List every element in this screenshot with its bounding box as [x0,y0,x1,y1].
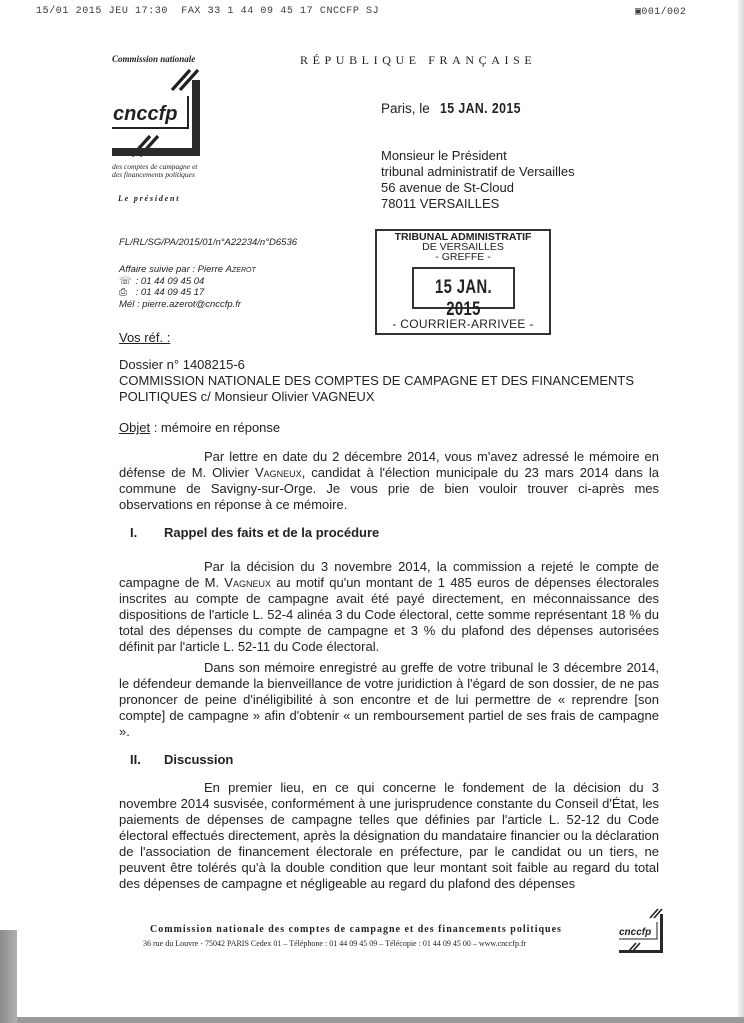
section-heading-1: I.Rappel des faits et de la procédure [130,525,379,540]
republique-francaise-heading: RÉPUBLIQUE FRANÇAISE [300,53,536,68]
fax-machine-icon: ⎙ [119,287,133,299]
cnccfp-logo: cnccfp [110,68,210,158]
contact-block: Affaire suivie par : Pierre Azerot ☏ : 0… [119,264,256,310]
footer-address: 36 rue du Louvre - 75042 PARIS Cedex 01 … [143,939,526,948]
logo-subtitle: des comptes de campagne et des financeme… [112,163,197,179]
signatory-title: Le président [118,194,180,203]
svg-text:cnccfp: cnccfp [113,103,177,125]
place-date: Paris, le 15 JAN. 2015 [381,100,538,117]
scan-edge-right [738,0,744,1023]
reference-code: FL/RL/SG/PA/2015/01/n°A22234/n°D6536 [119,237,297,248]
date-stamp: 15 JAN. 2015 [440,100,521,117]
telephone-icon: ☏ [119,276,133,288]
contact-email[interactable]: Mél : pierre.azerot@cnccfp.fr [119,299,256,311]
vos-ref-label: Vos réf. : [119,330,170,345]
fax-header-line: 15/01 2015 JEU 17:30 FAX 33 1 44 09 45 1… [36,6,379,17]
section-heading-2: II.Discussion [130,752,233,767]
footer-title: Commission nationale des comptes de camp… [150,924,562,935]
objet-line: Objet : mémoire en réponse [119,420,280,435]
dossier-block: Dossier n° 1408215-6 COMMISSION NATIONAL… [119,357,659,405]
footer-cnccfp-logo: cnccfp [616,908,668,954]
paragraph-facts: Par la décision du 3 novembre 2014, la c… [119,559,659,655]
recipient-address: Monsieur le Président tribunal administr… [381,148,575,212]
stamp-date-box: 15 JAN. 2015 [412,267,515,309]
paragraph-intro: Par lettre en date du 2 décembre 2014, v… [119,449,659,513]
logo-top-text: Commission nationale [112,54,195,64]
scan-edge-bottom [17,1017,744,1023]
svg-text:cnccfp: cnccfp [619,927,651,938]
paragraph-defense: Dans son mémoire enregistré au greffe de… [119,660,659,740]
scan-edge-left [0,930,17,1023]
arrival-stamp: TRIBUNAL ADMINISTRATIF DE VERSAILLES - G… [375,229,551,335]
fax-page-number: ▣001/002 [635,6,686,18]
paragraph-discussion: En premier lieu, en ce qui concerne le f… [119,780,659,892]
